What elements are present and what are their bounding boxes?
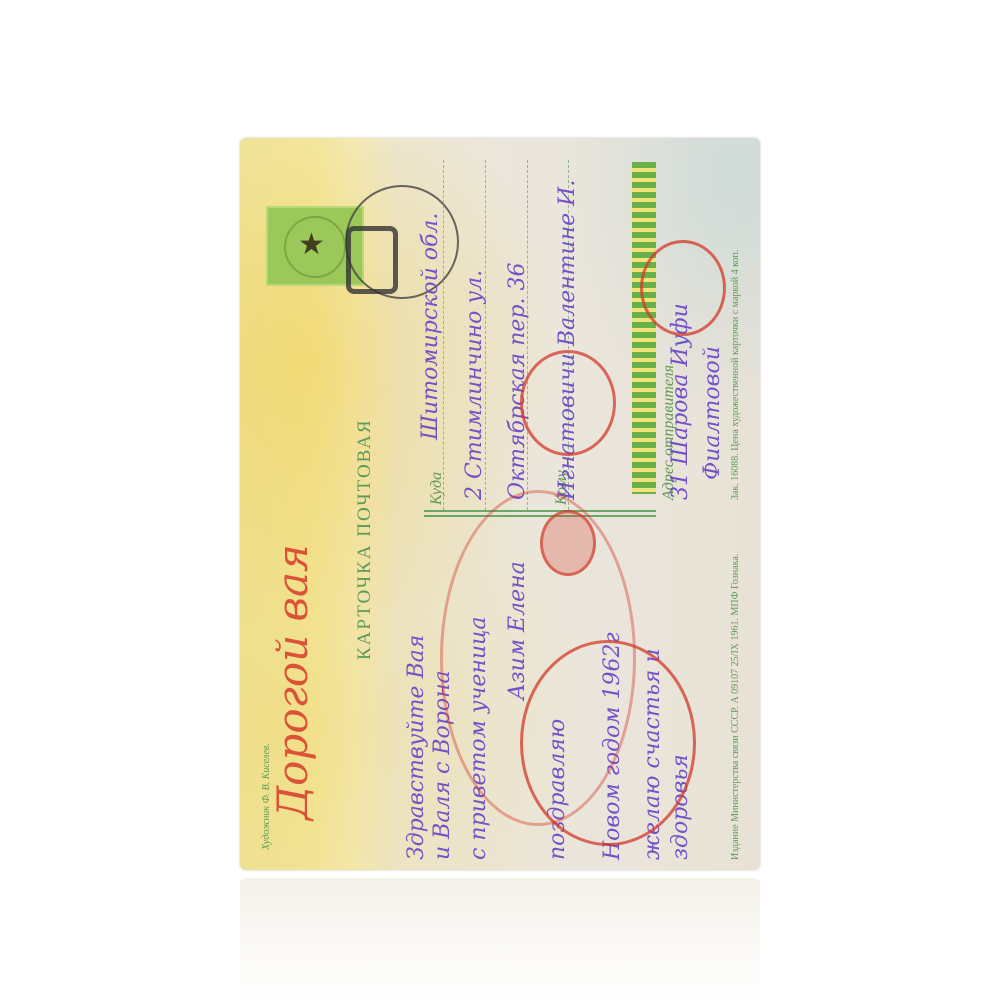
postmark-date-frame <box>346 226 398 294</box>
crayon-scrawl: Дорогой вая <box>268 544 317 820</box>
sender-address-bars <box>632 162 656 494</box>
address-line-1: Шитомирской обл. <box>418 213 443 440</box>
sender-line-2: Фиалтовой <box>700 346 725 480</box>
to-where-label: Куда <box>428 472 446 505</box>
card-reflection <box>240 878 760 1000</box>
star-icon: ★ <box>298 230 325 260</box>
publisher-line-a: Издание Министерства связи СССР. А 09107… <box>730 554 741 860</box>
postcard-title: КАРТОЧКА ПОЧТОВАЯ <box>354 418 376 660</box>
photo-scene: ★ КАРТОЧКА ПОЧТОВАЯ Художник Ф. В. Кисел… <box>0 0 1000 1000</box>
crayon-scribble <box>640 240 726 336</box>
publisher-line-b: Зак. 16088. Цена художественной карточки… <box>730 250 741 500</box>
crayon-scribble <box>440 490 636 826</box>
address-line <box>443 160 444 510</box>
message-line-1: Здравствуйте Вая <box>404 635 429 860</box>
address-line-2: 2 Стимлинчино ул. <box>462 270 487 500</box>
crayon-scribble <box>520 350 616 456</box>
